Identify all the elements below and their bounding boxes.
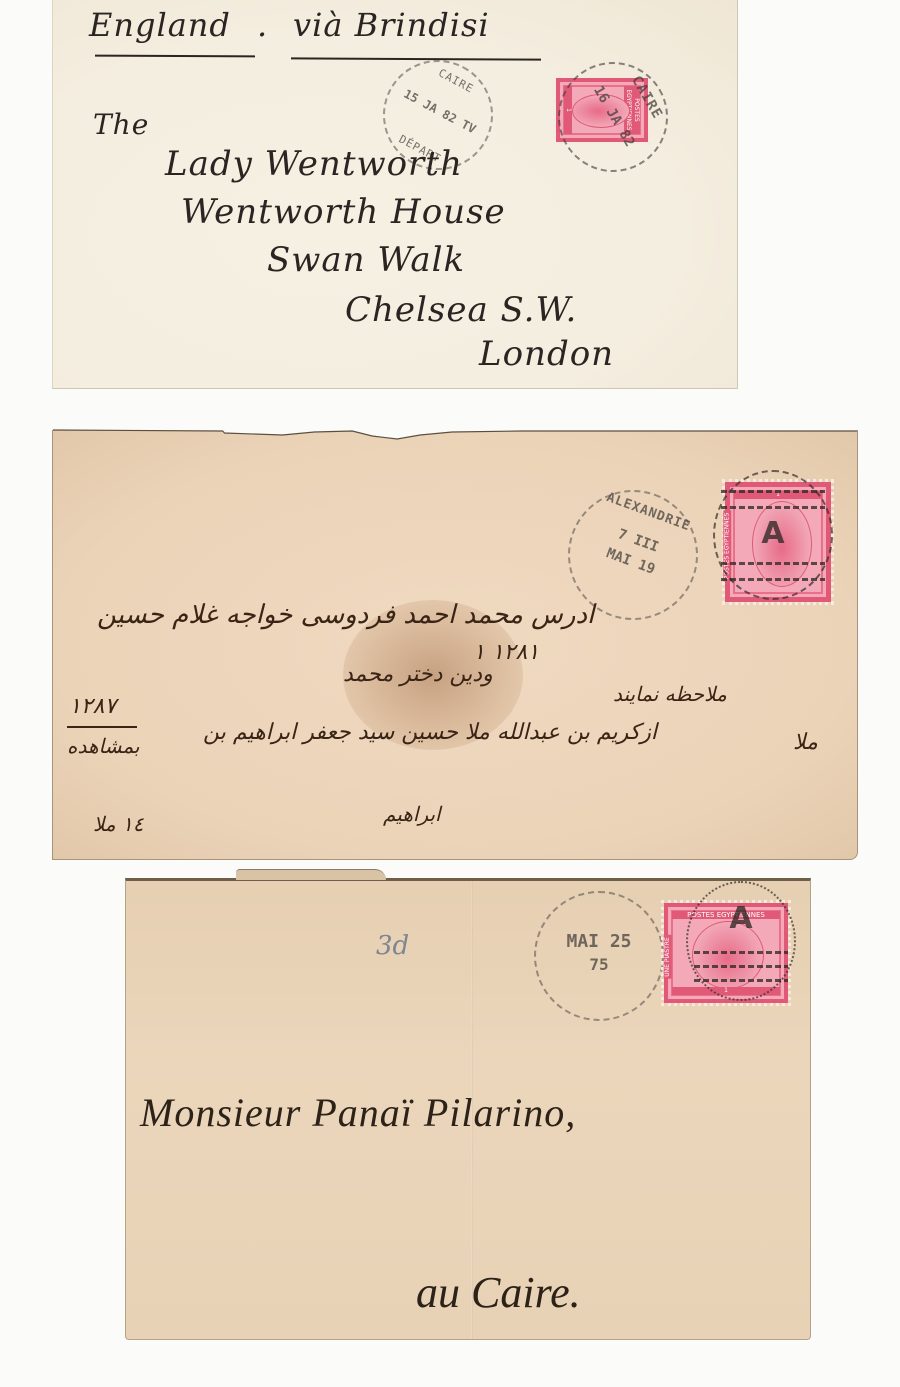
- letter-flap-edge: [236, 869, 386, 880]
- cancel-numeral-a: A: [713, 470, 833, 600]
- address-line-2: au Caire.: [416, 1267, 581, 1318]
- manuscript-line-1: ادرس محمد احمد فردوسى خواجه غلام حسین: [97, 600, 594, 630]
- route-line-brindisi: vià Brindisi: [293, 6, 490, 44]
- postmark-cairo-stamp: CAIRE 16 JA 82: [538, 42, 688, 192]
- manuscript-line-7: ابراهيم: [383, 802, 441, 826]
- cover-3-folded-letter: 3d MAI 25 75 POSTES EGYPTIENNES UNE PIAS…: [125, 878, 811, 1340]
- side-note-number: ١٢٨٧: [69, 694, 116, 719]
- address-line-1: The: [93, 108, 149, 141]
- address-line-1: Monsieur Panaï Pilarino,: [140, 1089, 576, 1136]
- manuscript-line-5: ازكريم بن عبدالله ملا حسين سيد جعفر ابرا…: [203, 720, 657, 745]
- cover-2-envelope: ALEXANDRIE 7 III MAI 19 1 POSTES EGYPTIE…: [52, 430, 858, 860]
- side-note-text: بمشاهده: [67, 734, 140, 758]
- cancel-numeral-a: A: [686, 881, 796, 1001]
- address-line-6: London: [479, 334, 614, 374]
- route-line-england: England: [89, 6, 231, 44]
- cancel-letter: A: [715, 516, 831, 551]
- postmark-date-stamp: MAI 25 75: [534, 891, 664, 1021]
- address-line-2: Lady Wentworth: [165, 144, 463, 184]
- manuscript-line-3: ودين دختر محمد: [343, 662, 493, 687]
- postmark-date: MAI 25: [536, 931, 662, 952]
- postmark-year: 75: [536, 955, 662, 974]
- address-line-4: Swan Walk: [267, 240, 465, 280]
- address-line-3: Wentworth House: [181, 192, 506, 232]
- address-line-5: Chelsea S.W.: [345, 290, 577, 330]
- stamp-side-label: UNE PIASTRE: [664, 935, 672, 979]
- manuscript-line-6: ملا: [793, 730, 818, 755]
- torn-top-edge: [53, 427, 857, 441]
- route-underline-left: [95, 55, 255, 58]
- pencil-note: 3d: [376, 931, 409, 961]
- cover-1-envelope: England . vià Brindisi CAIRE 15 JA 82 TV…: [52, 0, 738, 389]
- route-line-separator: .: [257, 6, 268, 44]
- bottom-note: ١٤ ملا: [93, 812, 144, 836]
- cancel-letter: A: [688, 901, 794, 936]
- manuscript-line-4: ملاحظه نمایند: [613, 682, 727, 706]
- side-note-rule: [67, 726, 137, 728]
